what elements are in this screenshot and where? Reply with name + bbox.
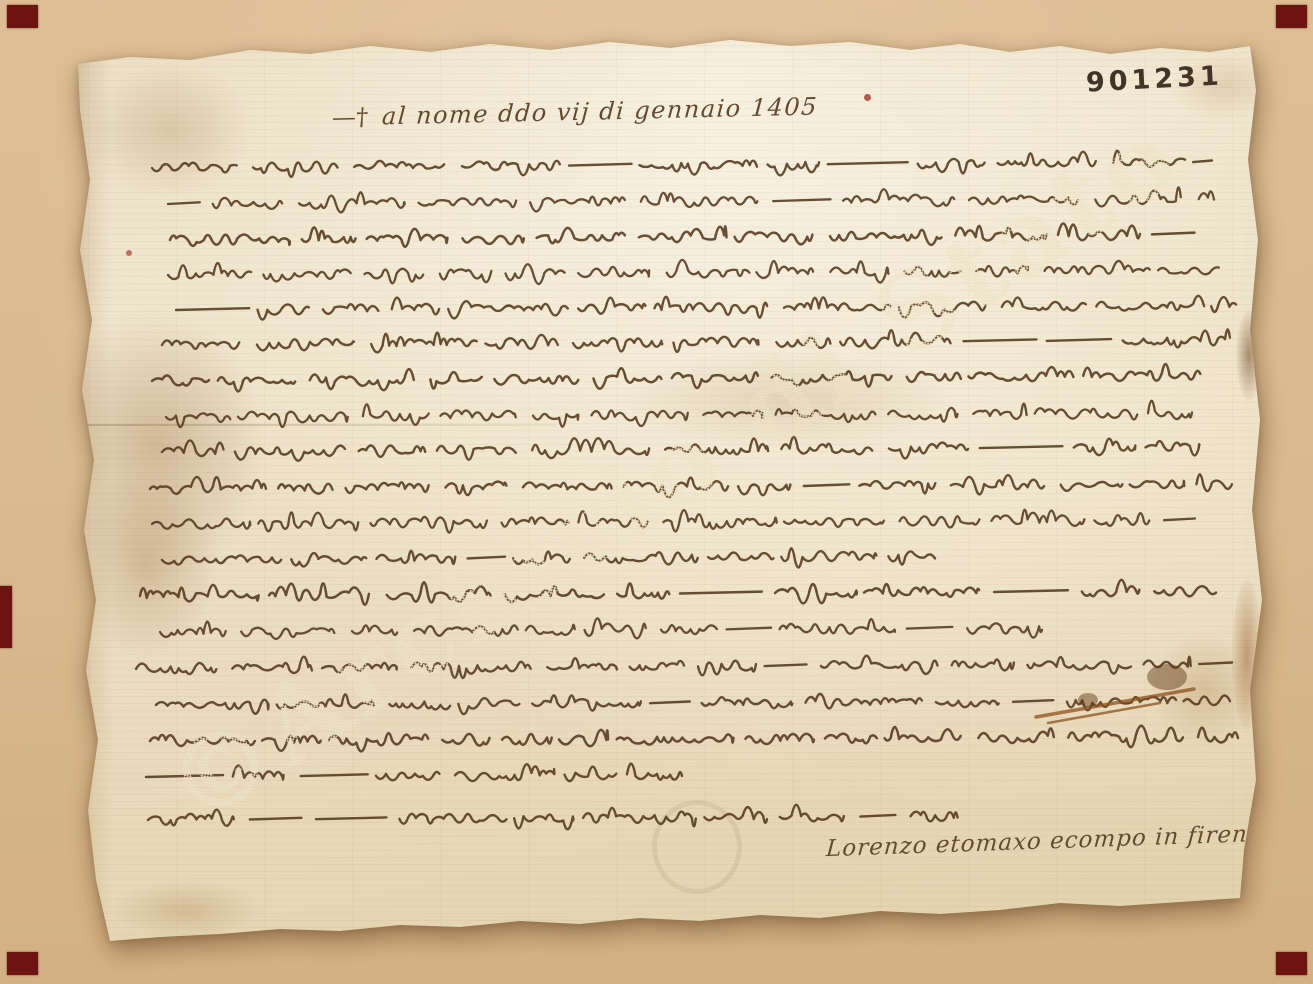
stain-right-fold: [1236, 310, 1262, 400]
stain-bottom-left: [110, 880, 260, 940]
paper-shadow-wrap: 901231 —†al nome ddo vij di gennaio 1405…: [0, 0, 1313, 984]
invocation-cross-icon: —†: [331, 103, 369, 132]
stain-center: [620, 350, 950, 450]
paper-sheet: 901231 —†al nome ddo vij di gennaio 1405…: [0, 0, 1313, 984]
stain-left-lower: [70, 470, 220, 660]
rust-speck: [864, 94, 871, 101]
stain-right-lower: [1150, 630, 1260, 750]
blind-stamp-ring: [652, 800, 742, 894]
stain-top-left-corner: [85, 60, 255, 200]
rust-speck: [126, 250, 132, 256]
manuscript-scan: 901231 —†al nome ddo vij di gennaio 1405…: [0, 0, 1313, 984]
crease-line: [86, 424, 556, 426]
